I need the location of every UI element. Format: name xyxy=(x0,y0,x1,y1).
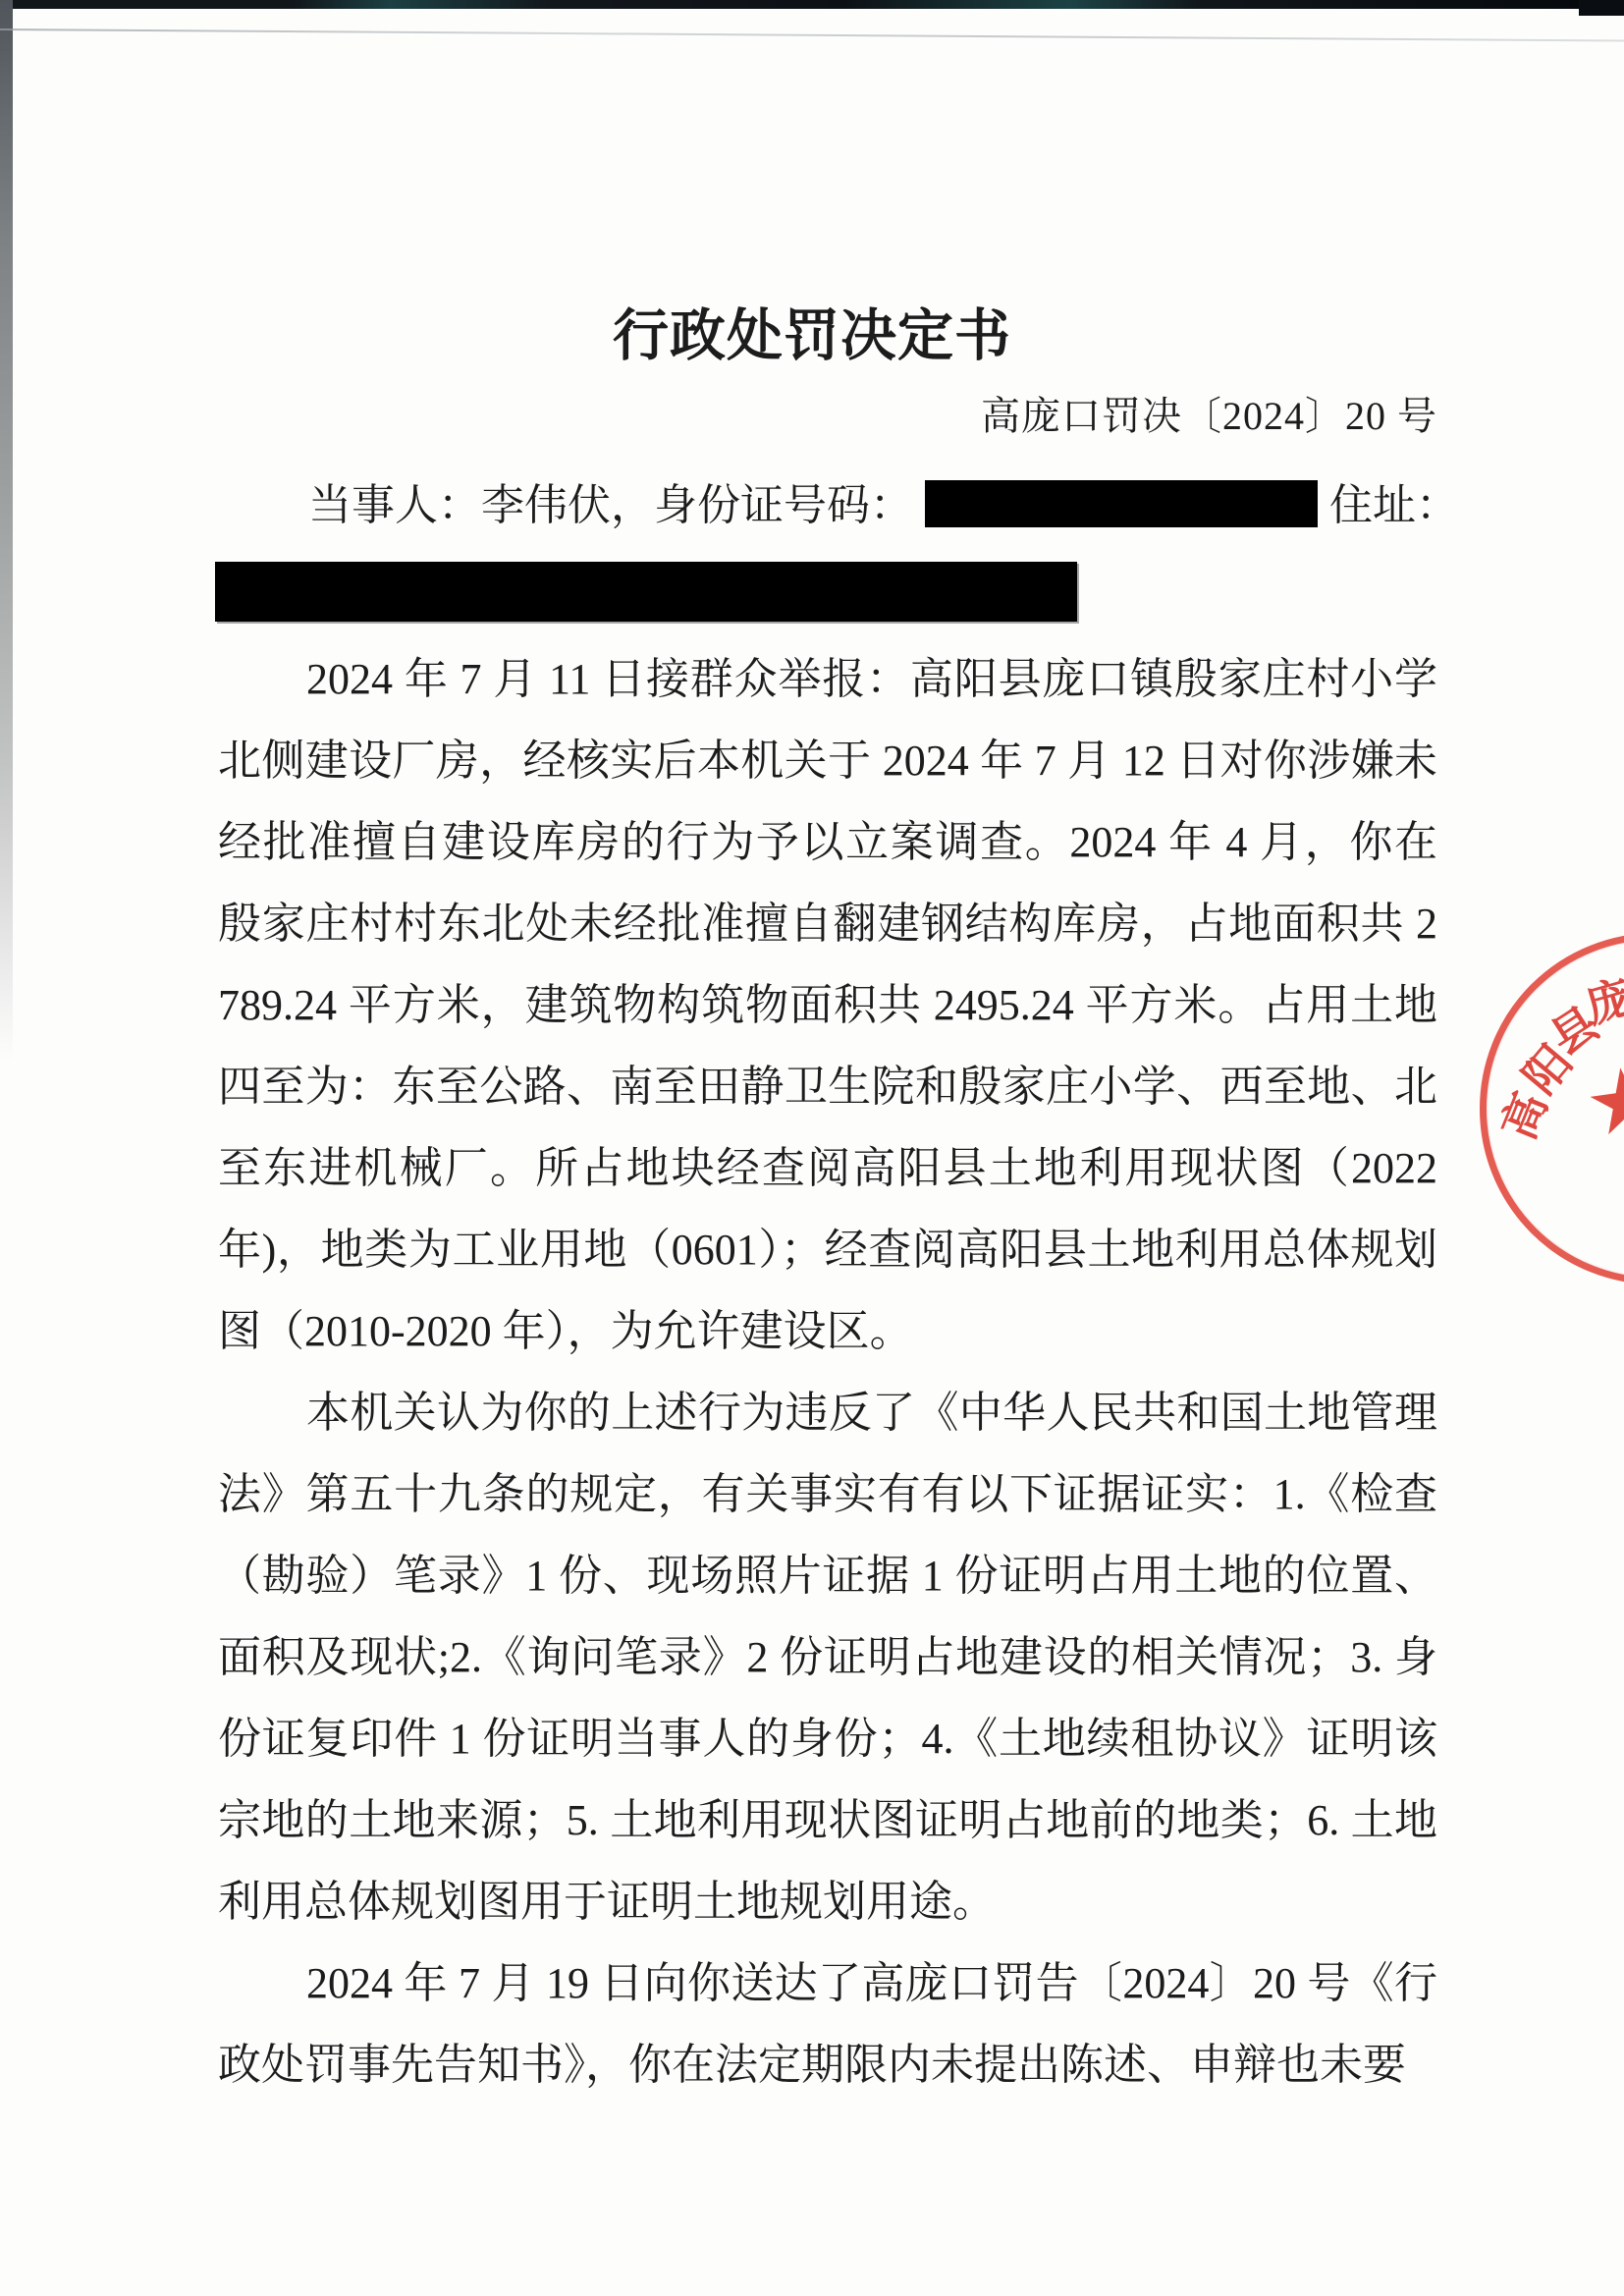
document-body: 2024 年 7 月 11 日接群众举报：高阳县庞口镇殷家庄村小学北侧建设厂房，… xyxy=(218,638,1437,2105)
stamp-character: 县 xyxy=(1537,989,1610,1067)
body-paragraph: 2024 年 7 月 11 日接群众举报：高阳县庞口镇殷家庄村小学北侧建设厂房，… xyxy=(218,638,1437,1372)
stamp-character: 阳 xyxy=(1506,1029,1585,1106)
document-number: 高庞口罚决〔2024〕20 号 xyxy=(218,385,1437,441)
scan-left-edge-shadow xyxy=(0,0,13,1061)
stamp-character: 高 xyxy=(1484,1081,1560,1147)
body-paragraph: 本机关认为你的上述行为违反了《中华人民共和国土地管理法》第五十九条的规定，有关事… xyxy=(218,1372,1437,1942)
stamp-circle-border xyxy=(1480,933,1624,1285)
party-line: 当事人：李伟伏，身份证号码：住址： xyxy=(218,469,1437,532)
address-redaction-bar xyxy=(215,562,1077,622)
scan-top-right-corner xyxy=(1579,0,1624,16)
stamp-star-icon: ★ xyxy=(1580,1054,1624,1152)
stamp-character: 庞 xyxy=(1578,961,1624,1036)
scan-top-edge-bar xyxy=(0,0,1624,9)
party-line-prefix: 当事人：李伟伏，身份证号码： xyxy=(308,481,913,529)
party-line-address-label: 住址： xyxy=(1329,481,1459,529)
document-title: 行政处罚决定书 xyxy=(0,291,1624,371)
scanned-penalty-decision-page: { "page": { "background": "#fdfdfc", "in… xyxy=(0,0,1624,2296)
official-red-stamp: 高 阳 县 庞 ★ xyxy=(1480,933,1624,1286)
id-number-redaction-bar xyxy=(925,480,1318,527)
scan-fold-line xyxy=(0,28,1624,42)
body-paragraph: 2024 年 7 月 19 日向你送达了高庞口罚告〔2024〕20 号《行政处罚… xyxy=(218,1942,1437,2105)
